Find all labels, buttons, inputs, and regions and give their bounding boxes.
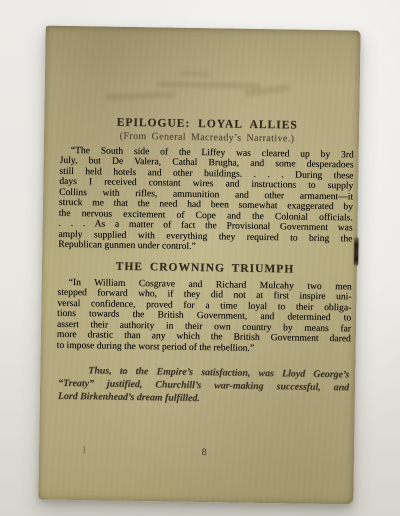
pencil-mark: 1	[77, 445, 91, 457]
epilogue-source-line: (From General Macready’s Narrative.)	[60, 130, 354, 147]
editorial-note-paragraph: Thus, to the Empire’s satisfaction, was …	[58, 365, 350, 408]
show-through-text	[157, 81, 261, 89]
show-through-text	[105, 92, 175, 101]
crowning-triumph-title: THE CROWNING TRIUMPH	[58, 260, 352, 277]
crowning-quote-paragraph: “In William Cosgrave and Richard Mulcahy…	[57, 278, 352, 356]
show-through-text	[180, 72, 210, 76]
page-number: 8	[196, 447, 212, 459]
staple	[354, 237, 358, 265]
pamphlet-page: EPILOGUE: LOYAL ALLIES (From General Mac…	[38, 26, 360, 505]
photo-background: EPILOGUE: LOYAL ALLIES (From General Mac…	[0, 0, 400, 516]
macready-quote-paragraph: “The South side of the Liffey was cleare…	[58, 146, 354, 255]
